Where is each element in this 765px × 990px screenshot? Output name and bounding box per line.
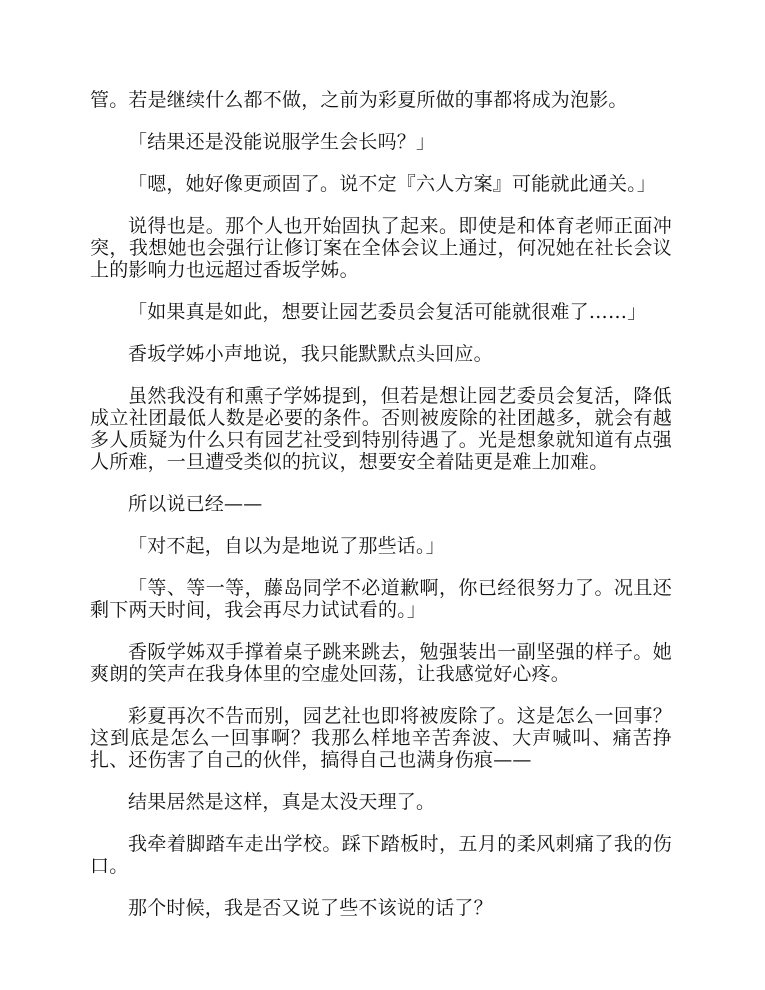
paragraph-14: 我牵着脚踏车走出学校。踩下踏板时，五月的柔风刺痛了我的伤口。	[90, 833, 672, 877]
paragraph-7: 虽然我没有和熏子学姊提到，但若是想让园艺委员会复活，降低成立社团最低人数是必要的…	[90, 385, 672, 473]
paragraph-6: 香坂学姊小声地说，我只能默默点头回应。	[90, 343, 672, 365]
paragraph-15: 那个时候，我是否又说了些不该说的话了？	[90, 897, 672, 919]
paragraph-1: 管。若是继续什么都不做，之前为彩夏所做的事都将成为泡影。	[90, 89, 672, 111]
paragraph-3: 「嗯，她好像更顽固了。说不定『六人方案』可能就此通关。」	[90, 173, 672, 195]
paragraph-11: 香阪学姊双手撑着桌子跳来跳去，勉强装出一副坚强的样子。她爽朗的笑声在我身体里的空…	[90, 641, 672, 685]
paragraph-13: 结果居然是这样，真是太没天理了。	[90, 791, 672, 813]
paragraph-9: 「对不起，自以为是地说了那些话。」	[90, 535, 672, 557]
paragraph-12: 彩夏再次不告而别，园艺社也即将被废除了。这是怎么一回事？这到底是怎么一回事啊？我…	[90, 705, 672, 771]
document-page: 管。若是继续什么都不做，之前为彩夏所做的事都将成为泡影。 「结果还是没能说服学生…	[90, 89, 672, 939]
paragraph-2: 「结果还是没能说服学生会长吗？」	[90, 131, 672, 153]
paragraph-10: 「等、等一等，藤岛同学不必道歉啊，你已经很努力了。况且还剩下两天时间，我会再尽力…	[90, 577, 672, 621]
paragraph-5: 「如果真是如此，想要让园艺委员会复活可能就很难了……」	[90, 301, 672, 323]
paragraph-4: 说得也是。那个人也开始固执了起来。即使是和体育老师正面冲突，我想她也会强行让修订…	[90, 215, 672, 281]
paragraph-8: 所以说已经——	[90, 493, 672, 515]
